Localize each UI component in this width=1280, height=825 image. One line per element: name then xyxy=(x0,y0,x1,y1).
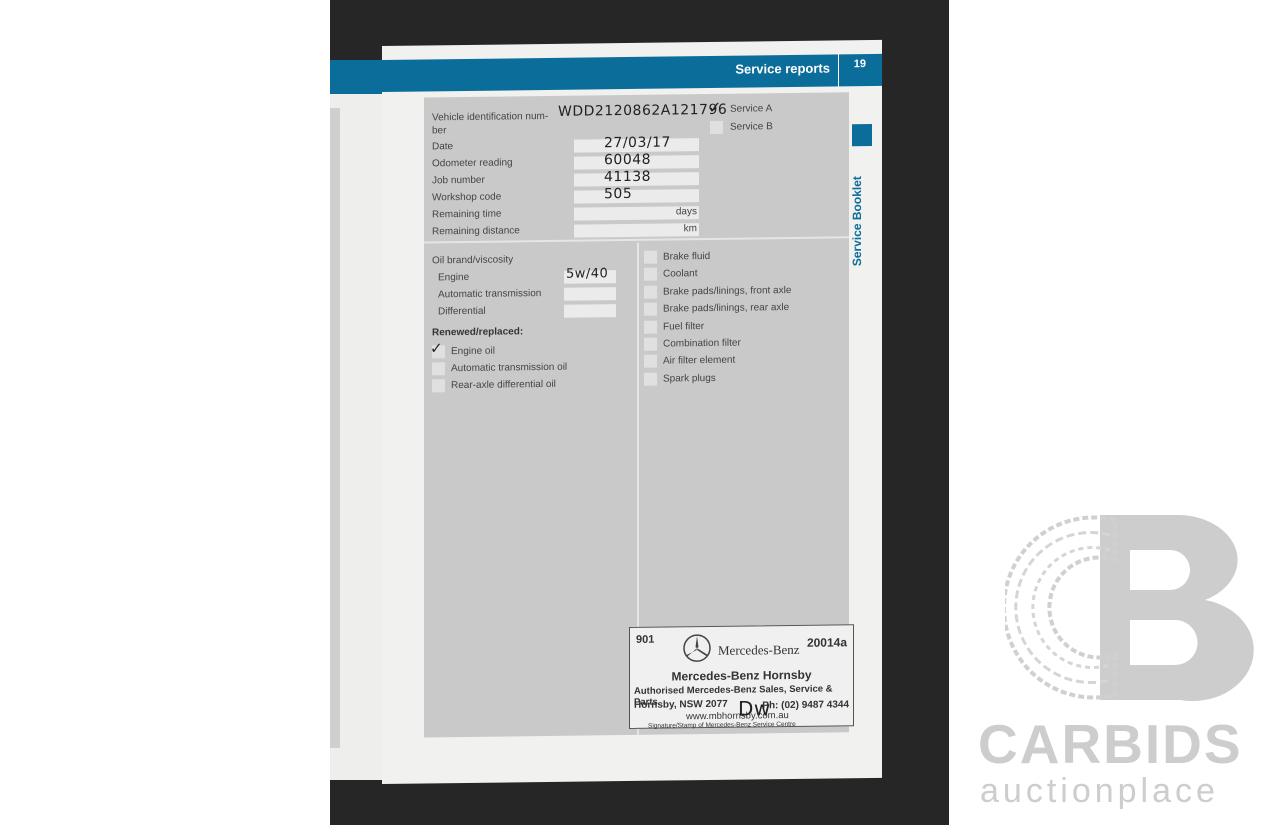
checklist-label: Coolant xyxy=(663,269,697,280)
service-report-page: Service reports 19 Service Booklet Vehic… xyxy=(382,40,882,784)
field-value: 505 xyxy=(604,186,632,202)
field-input[interactable]: 60048 xyxy=(574,155,699,170)
oil-row-input[interactable] xyxy=(564,304,616,318)
field-label: Odometer reading xyxy=(432,157,513,169)
renewed-checkbox[interactable] xyxy=(432,379,445,392)
checklist-checkbox[interactable] xyxy=(644,372,657,385)
renewed-label: Automatic transmission oil xyxy=(451,362,567,374)
field-label: Remaining distance xyxy=(432,225,520,237)
field-label: Date xyxy=(432,141,453,152)
checklist-checkbox[interactable] xyxy=(644,338,657,351)
header-divider xyxy=(838,54,839,86)
field-input[interactable]: km xyxy=(574,223,699,238)
field-input[interactable]: 41138 xyxy=(574,172,699,187)
checklist-label: Brake pads/linings, front axle xyxy=(663,285,791,298)
checkmark-icon: ✓ xyxy=(430,339,443,357)
renewed-label: Engine oil xyxy=(451,346,495,358)
checklist-label: Air filter element xyxy=(663,355,735,367)
oil-row-value: 5w/40 xyxy=(566,266,608,282)
checklist-label: Fuel filter xyxy=(663,321,704,333)
section-tab-marker xyxy=(852,124,872,146)
checklist-checkbox[interactable] xyxy=(644,303,657,316)
renewed-label: Rear-axle differential oil xyxy=(451,379,556,391)
left-page-form-edge xyxy=(330,108,340,748)
checklist-label: Brake fluid xyxy=(663,251,710,263)
checklist-checkbox[interactable] xyxy=(644,268,657,281)
stamp-caption: Signature/Stamp of Mercedes-Benz Service… xyxy=(648,721,796,730)
oil-heading: Oil brand/viscosity xyxy=(432,254,513,266)
field-label: Remaining time xyxy=(432,209,501,221)
mercedes-star-icon xyxy=(682,633,712,663)
service-form: Vehicle identification num- ber WDD21208… xyxy=(424,92,849,737)
field-value: 60048 xyxy=(604,152,651,169)
checklist-checkbox[interactable] xyxy=(644,285,657,298)
stamp-brand: Mercedes-Benz xyxy=(718,642,800,659)
watermark-tagline: auctionplace xyxy=(980,772,1219,811)
renewed-checkbox[interactable] xyxy=(432,362,445,375)
checklist-checkbox[interactable] xyxy=(644,320,657,333)
dealer-stamp: 901 20014a Mercedes-Benz Mercedes-Benz H… xyxy=(629,624,854,729)
vin-value[interactable]: WDD2120862A121796 xyxy=(558,102,727,120)
oil-row-label: Differential xyxy=(438,306,486,318)
field-input[interactable]: 27/03/17 xyxy=(574,138,699,153)
oil-row-label: Engine xyxy=(438,272,469,283)
checklist-label: Spark plugs xyxy=(663,373,716,385)
service-a-checkmark-icon: ✓ xyxy=(708,98,722,117)
stamp-address: Hornsby, NSW 2077 xyxy=(634,699,728,711)
renewed-checkbox[interactable]: ✓ xyxy=(432,345,445,358)
stamp-right-code: 20014a xyxy=(807,635,847,649)
vin-label: Vehicle identification num- ber xyxy=(432,110,562,138)
checklist-label: Combination filter xyxy=(663,338,741,350)
left-page xyxy=(330,60,382,780)
page-title: Service reports xyxy=(735,61,830,77)
field-input[interactable]: 505 xyxy=(574,189,699,204)
field-input[interactable]: days xyxy=(574,206,699,221)
checklist-checkbox[interactable] xyxy=(644,251,657,264)
watermark-brand: CARBIDS xyxy=(978,712,1243,776)
field-value: 27/03/17 xyxy=(604,134,671,151)
field-label: Workshop code xyxy=(432,192,501,204)
carbids-logo-icon xyxy=(1005,505,1255,705)
oil-row-label: Automatic transmission xyxy=(438,288,541,300)
renewed-heading: Renewed/replaced: xyxy=(432,326,523,338)
field-unit: days xyxy=(676,206,697,217)
stamp-left-code: 901 xyxy=(636,634,654,646)
left-page-header-band xyxy=(330,60,382,94)
checklist-checkbox[interactable] xyxy=(644,355,657,368)
oil-row-input[interactable]: 5w/40 xyxy=(564,270,616,284)
page-number: 19 xyxy=(854,58,866,70)
oil-row-input[interactable] xyxy=(564,287,616,301)
field-unit: km xyxy=(684,223,697,234)
section-tab-text: Service Booklet xyxy=(850,176,864,266)
signature: Dw xyxy=(738,696,771,720)
document-photo: Service reports 19 Service Booklet Vehic… xyxy=(330,0,949,825)
section-tab-label: Service Booklet xyxy=(850,156,874,266)
checklist-label: Brake pads/linings, rear axle xyxy=(663,302,789,315)
vehicle-info-section: Vehicle identification num- ber WDD21208… xyxy=(424,92,849,243)
field-value: 41138 xyxy=(604,169,651,186)
service-b-checkbox[interactable] xyxy=(710,121,723,134)
service-b-label: Service B xyxy=(730,121,773,133)
stamp-dealer-name: Mercedes-Benz Hornsby xyxy=(630,667,853,684)
field-label: Job number xyxy=(432,175,485,187)
service-a-label: Service A xyxy=(730,103,772,115)
